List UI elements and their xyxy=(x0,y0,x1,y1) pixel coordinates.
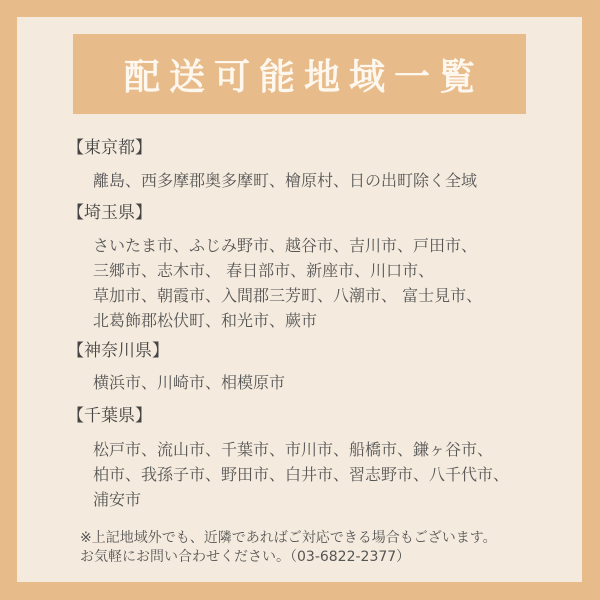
region-list-tokyo: 離島、西多摩郡奥多摩町、檜原村、日の出町除く全域 xyxy=(93,168,477,193)
region-line: 柏市、我孫子市、野田市、白井市、習志野市、八千代市、 xyxy=(93,462,509,487)
region-heading-saitama: 【埼玉県】 xyxy=(67,203,152,223)
region-heading-tokyo: 【東京都】 xyxy=(67,138,152,158)
region-line: 横浜市、川崎市、相模原市 xyxy=(93,370,285,395)
contact-note: ※上記地域外でも、近隣であればご対応できる場合もございます。 お気軽にお問い合わ… xyxy=(80,529,497,567)
region-heading-kanagawa: 【神奈川県】 xyxy=(67,341,169,361)
region-heading-chiba: 【千葉県】 xyxy=(67,406,152,426)
region-line: さいたま市、ふじみ野市、越谷市、吉川市、戸田市、 xyxy=(93,233,482,258)
region-line: 浦安市 xyxy=(93,487,509,512)
note-line-2: お気軽にお問い合わせください。（03-6822-2377） xyxy=(80,548,497,567)
note-line-1: ※上記地域外でも、近隣であればご対応できる場合もございます。 xyxy=(80,529,497,548)
page-title: 配送可能地域一覧 xyxy=(124,49,484,100)
region-list-saitama: さいたま市、ふじみ野市、越谷市、吉川市、戸田市、 三郷市、志木市、 春日部市、新… xyxy=(93,233,482,333)
region-line: 北葛飾郡松伏町、和光市、蕨市 xyxy=(93,308,482,333)
region-line: 三郷市、志木市、 春日部市、新座市、川口市、 xyxy=(93,258,482,283)
region-line: 松戸市、流山市、千葉市、市川市、船橋市、鎌ヶ谷市、 xyxy=(93,437,509,462)
region-list-kanagawa: 横浜市、川崎市、相模原市 xyxy=(93,370,285,395)
title-banner: 配送可能地域一覧 xyxy=(73,34,526,114)
region-list-chiba: 松戸市、流山市、千葉市、市川市、船橋市、鎌ヶ谷市、 柏市、我孫子市、野田市、白井… xyxy=(93,437,509,512)
region-line: 離島、西多摩郡奥多摩町、檜原村、日の出町除く全域 xyxy=(93,168,477,193)
region-line: 草加市、朝霞市、入間郡三芳町、八潮市、 富士見市、 xyxy=(93,283,482,308)
content-panel: 配送可能地域一覧 【東京都】 離島、西多摩郡奥多摩町、檜原村、日の出町除く全域 … xyxy=(17,17,582,582)
